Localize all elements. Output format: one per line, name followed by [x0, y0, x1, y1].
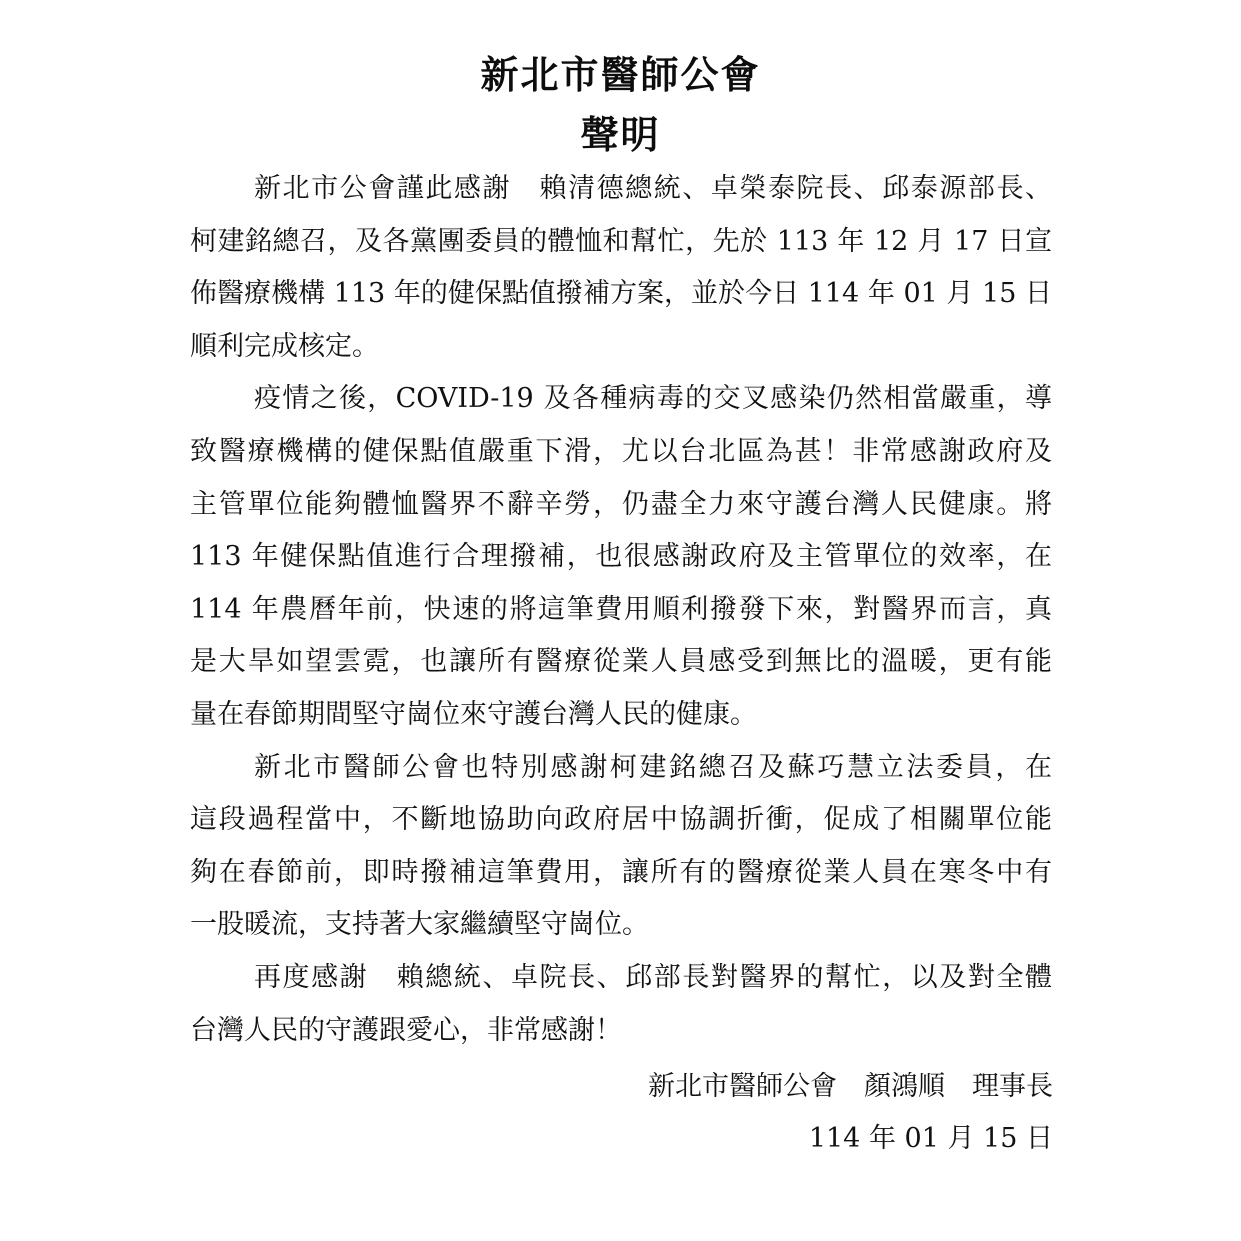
signer-line: 新北市醫師公會 顏鴻順 理事長 [648, 1066, 1053, 1118]
signature-block: 新北市醫師公會 顏鴻順 理事長 114 年 01 月 15 日 [648, 1066, 1053, 1170]
paragraph-4: 再度感謝 賴總統、卓院長、邱部長對醫界的幫忙，以及對全體 台灣人民的守護跟愛心，… [190, 957, 1052, 1062]
text-line: 新北市醫師公會也特別感謝柯建銘總召及蘇巧慧立法委員，在 [190, 747, 1052, 800]
text-line: 佈醫療機構 113 年的健保點值撥補方案，並於今日 114 年 01 月 15 … [190, 273, 1052, 326]
statement-page: 新北市醫師公會 聲明 新北市公會謹此感謝 賴清德總統、卓榮泰院長、邱泰源部長、 … [0, 0, 1241, 1241]
text-line: 疫情之後，COVID-19 及各種病毒的交叉感染仍然相當嚴重，導 [190, 378, 1052, 431]
text-line: 順利完成核定。 [190, 326, 1052, 379]
text-line: 這段過程當中，不斷地協助向政府居中協調折衝，促成了相關單位能 [190, 799, 1052, 852]
text-line: 新北市公會謹此感謝 賴清德總統、卓榮泰院長、邱泰源部長、 [190, 168, 1052, 221]
signature-date: 114 年 01 月 15 日 [648, 1118, 1053, 1170]
text-line: 113 年健保點值進行合理撥補，也很感謝政府及主管單位的效率，在 [190, 536, 1052, 589]
text-line: 主管單位能夠體恤醫界不辭辛勞，仍盡全力來守護台灣人民健康。將 [190, 484, 1052, 537]
text-line: 台灣人民的守護跟愛心，非常感謝！ [190, 1010, 1052, 1063]
text-line: 是大旱如望雲霓，也讓所有醫療從業人員感受到無比的溫暖，更有能 [190, 641, 1052, 694]
text-line: 致醫療機構的健保點值嚴重下滑，尤以台北區為甚！非常感謝政府及 [190, 431, 1052, 484]
text-line: 量在春節期間堅守崗位來守護台灣人民的健康。 [190, 694, 1052, 747]
text-line: 一股暖流，支持著大家繼續堅守崗位。 [190, 904, 1052, 957]
text-line: 再度感謝 賴總統、卓院長、邱部長對醫界的幫忙，以及對全體 [190, 957, 1052, 1010]
document-title: 新北市醫師公會 [0, 56, 1241, 94]
text-line: 柯建銘總召，及各黨團委員的體恤和幫忙，先於 113 年 12 月 17 日宣 [190, 221, 1052, 274]
statement-body: 新北市公會謹此感謝 賴清德總統、卓榮泰院長、邱泰源部長、 柯建銘總召，及各黨團委… [190, 168, 1052, 1062]
paragraph-3: 新北市醫師公會也特別感謝柯建銘總召及蘇巧慧立法委員，在 這段過程當中，不斷地協助… [190, 747, 1052, 957]
paragraph-1: 新北市公會謹此感謝 賴清德總統、卓榮泰院長、邱泰源部長、 柯建銘總召，及各黨團委… [190, 168, 1052, 378]
document-subtitle: 聲明 [0, 116, 1241, 154]
text-line: 114 年農曆年前，快速的將這筆費用順利撥發下來，對醫界而言，真 [190, 589, 1052, 642]
text-line: 夠在春節前，即時撥補這筆費用，讓所有的醫療從業人員在寒冬中有 [190, 852, 1052, 905]
paragraph-2: 疫情之後，COVID-19 及各種病毒的交叉感染仍然相當嚴重，導 致醫療機構的健… [190, 378, 1052, 746]
